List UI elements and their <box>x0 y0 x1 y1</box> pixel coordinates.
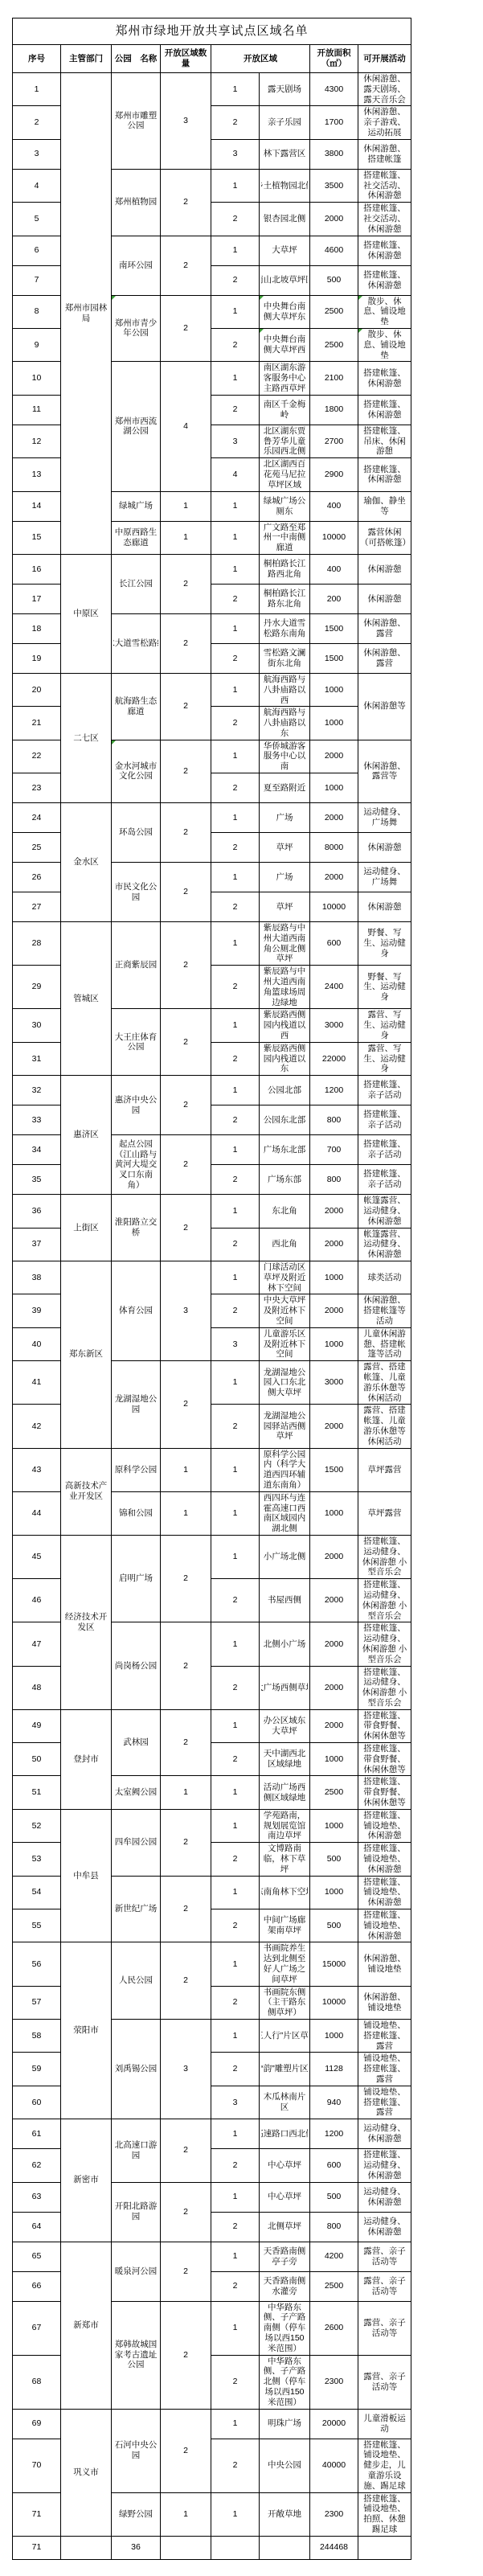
cell-area-no: 1 <box>211 169 260 202</box>
cell-serial: 34 <box>13 1135 61 1165</box>
cell-area-name: 乡土植物园北侧 <box>260 169 310 202</box>
header-department: 主管部门 <box>61 45 112 73</box>
cell-area-size: 500 <box>310 265 358 295</box>
table-row: 61新密市北高速口游园21高速路口西北侧1200运动健身、休闲游憩 <box>13 2119 411 2149</box>
cell-activities: 搭建帐篷、休闲游憩 <box>358 362 411 395</box>
cell-area-count: 2 <box>161 673 211 740</box>
cell-activities: 帐篷露营、运动健身、休闲游憩 <box>358 1228 411 1261</box>
cell-park-name: 石河中央公园 <box>112 2409 161 2492</box>
cell-area-count: 2 <box>161 1361 211 1448</box>
cell-area-name: 紫辰路与中州大道西南角篮球场周边绿地 <box>260 966 310 1009</box>
cell-area-count: 2 <box>161 863 211 922</box>
title-row: 郑州市绿地开放共享试点区域名单 <box>13 18 411 45</box>
cell-area-size: 2000 <box>310 1666 358 1709</box>
cell-activities: 搭建帐篷、休闲游憩 <box>358 265 411 295</box>
cell-area-no: 1 <box>211 613 260 643</box>
cell-park-name: 正商紫辰园 <box>112 922 161 1009</box>
cell-area-size: 800 <box>310 2212 358 2242</box>
cell-park-name: 南环公园 <box>112 236 161 295</box>
cell-park-name: 航海路生态廊道 <box>112 673 161 740</box>
cell-area-size: 2900 <box>310 458 358 491</box>
cell-area-no: 3 <box>211 2086 260 2119</box>
cell-park-name: 郑州市青少年公园 <box>112 295 161 362</box>
cell-area-size: 1000 <box>310 1491 358 1535</box>
cell-area-size: 2500 <box>310 295 358 328</box>
cell-area-no: 2 <box>211 643 260 673</box>
table-row: 28管城区正商紫辰园21紫辰路与中州大道西南角公厕北侧草坪600野餐、写生、运动… <box>13 922 411 966</box>
cell-area-no: 1 <box>211 521 260 554</box>
cell-serial: 32 <box>13 1076 61 1105</box>
cell-area-name: 草坪 <box>260 833 310 863</box>
cell-serial: 56 <box>13 1942 61 1986</box>
cell-area-count: 1 <box>161 521 211 554</box>
cell-area-name: 中央公园 <box>260 2439 310 2492</box>
cell-area-name: 亲子乐园 <box>260 106 310 139</box>
cell-area-count: 1 <box>161 491 211 521</box>
cell-park-name: 郑州市雕塑公园 <box>112 73 161 170</box>
cell-area-no: 2 <box>211 1165 260 1195</box>
cell-park-name: 中原西路生态廊道 <box>112 521 161 554</box>
cell-area-name: 高速路口西北侧 <box>260 2119 310 2149</box>
cell-area-size: 1000 <box>310 707 358 740</box>
cell-area-size: 3500 <box>310 169 358 202</box>
cell-area-name: 桐柏路长江路西北角 <box>260 554 310 584</box>
cell-area-count: 2 <box>161 2242 211 2301</box>
cell-serial: 52 <box>13 1809 61 1842</box>
cell-serial: 46 <box>13 1579 61 1622</box>
cell-park-name: 绿野公园 <box>112 2492 161 2536</box>
cell-area-size: 1000 <box>310 773 358 803</box>
page-title: 郑州市绿地开放共享试点区域名单 <box>13 18 411 45</box>
cell-area-size: 2000 <box>310 1195 358 1228</box>
header-area-count: 开放区域数量 <box>161 45 211 73</box>
cell-park-name: 环岛公园 <box>112 803 161 863</box>
cell-serial: 59 <box>13 2053 61 2086</box>
cell-area-size: 1200 <box>310 2119 358 2149</box>
cell-serial: 30 <box>13 1009 61 1042</box>
cell-serial: 61 <box>13 2119 61 2149</box>
cell-area-name: 大广场西侧草坪 <box>260 1666 310 1709</box>
cell-area-size: 1000 <box>310 1876 358 1909</box>
cell-activities: 搭建帐篷、休闲游憩 <box>358 458 411 491</box>
cell-area-size: 1000 <box>310 1327 358 1360</box>
cell-activities: 休闲游憩、亲子游戏、运动拓展 <box>358 106 411 139</box>
cell-activities: 露营、亲子活动等 <box>358 2271 411 2301</box>
total-activities <box>358 2536 411 2559</box>
cell-activities: 露营、写生、运动健身 <box>358 1042 411 1075</box>
cell-area-name: 南山北坡草坪区 <box>260 265 310 295</box>
cell-area-size: 2500 <box>310 2271 358 2301</box>
cell-area-size: 500 <box>310 1909 358 1942</box>
cell-area-no: 2 <box>211 1042 260 1075</box>
cell-area-size: 200 <box>310 584 358 613</box>
cell-area-count: 2 <box>161 922 211 1009</box>
cell-serial: 33 <box>13 1105 61 1135</box>
cell-activities: 搭建帐篷、铺设地垫、休闲游憩 <box>358 1909 411 1942</box>
cell-area-name: 门球活动区草坪及附近林下空间 <box>260 1261 310 1294</box>
cell-area-no: 1 <box>211 803 260 833</box>
cell-serial: 13 <box>13 458 61 491</box>
cell-activities: 搭建帐篷、运动健身、休闲游憩 <box>358 2149 411 2182</box>
cell-activities: 休闲游憩、搭建帐篷等活动 <box>358 1294 411 1327</box>
cell-area-name: 中心草坪 <box>260 2182 310 2212</box>
cell-area-no: 2 <box>211 265 260 295</box>
cell-area-no: 2 <box>211 2053 260 2086</box>
cell-serial: 60 <box>13 2086 61 2119</box>
cell-area-name: 东北角 <box>260 1195 310 1228</box>
cell-area-size: 4600 <box>310 236 358 265</box>
cell-park-name: 惠济中央公园 <box>112 1076 161 1135</box>
cell-department: 郑东新区 <box>61 1261 112 1449</box>
cell-area-name: 桐柏路长江路东北角 <box>260 584 310 613</box>
total-open-size: 244468 <box>310 2536 358 2559</box>
cell-activities: 铺设地垫、搭建帐篷、露营 <box>358 2020 411 2053</box>
cell-area-size: 2000 <box>310 740 358 773</box>
cell-serial: 45 <box>13 1535 61 1578</box>
cell-area-count: 2 <box>161 1076 211 1135</box>
cell-area-name: 广场 <box>260 863 310 892</box>
cell-area-count: 2 <box>161 2119 211 2182</box>
cell-area-size: 20000 <box>310 2409 358 2439</box>
cell-area-name: 西四环与连霍高速口西南区域园内湖北侧 <box>260 1491 310 1535</box>
cell-area-no: 2 <box>211 584 260 613</box>
cell-area-name: 木瓜林南片区 <box>260 2086 310 2119</box>
cell-area-count: 2 <box>161 613 211 673</box>
cell-serial: 10 <box>13 362 61 395</box>
cell-area-count: 2 <box>161 1135 211 1195</box>
cell-serial: 51 <box>13 1776 61 1809</box>
cell-area-name: 龙湖湿地公园入口东北侧大草坪 <box>260 1361 310 1405</box>
cell-area-count: 2 <box>161 1942 211 2020</box>
cell-activities: 儿童休闲游憩、搭建帐篷等活动 <box>358 1327 411 1360</box>
cell-area-no: 4 <box>211 458 260 491</box>
cell-serial: 16 <box>13 554 61 584</box>
cell-activities: 运动健身、广场舞 <box>358 803 411 833</box>
cell-area-name: 办公区域东大草坪 <box>260 1709 310 1742</box>
cell-serial: 3 <box>13 139 61 169</box>
cell-activities: 休闲游憩 <box>358 892 411 922</box>
cell-area-no: 1 <box>211 1361 260 1405</box>
cell-area-name: 中央舞台南侧大草坪西 <box>260 328 310 361</box>
cell-park-name: 绿城广场 <box>112 491 161 521</box>
cell-park-name: 原科学公园 <box>112 1448 161 1491</box>
cell-area-no: 1 <box>211 1009 260 1042</box>
total-area-name <box>260 2536 310 2559</box>
cell-area-no: 1 <box>211 2492 260 2536</box>
cell-area-no: 3 <box>211 1327 260 1360</box>
cell-area-size: 2600 <box>310 2301 358 2355</box>
header-serial: 序号 <box>13 45 61 73</box>
cell-park-name: 北高速口游园 <box>112 2119 161 2182</box>
cell-area-no: 1 <box>211 554 260 584</box>
cell-area-count: 1 <box>161 1776 211 1809</box>
cell-area-size: 2300 <box>310 2355 358 2409</box>
cell-serial: 40 <box>13 1327 61 1360</box>
cell-activities: 搭建帐篷、铺设地垫、拍照、休憩 踢足球 <box>358 2492 411 2536</box>
cell-serial: 71 <box>13 2492 61 2536</box>
cell-area-size: 22000 <box>310 1042 358 1075</box>
cell-area-no: 2 <box>211 966 260 1009</box>
cell-area-no: 2 <box>211 2149 260 2182</box>
cell-activities: 休闲游憩、铺设地垫 <box>358 1986 411 2019</box>
cell-area-size: 2000 <box>310 1228 358 1261</box>
cell-area-name: 书屋西侧 <box>260 1579 310 1622</box>
cell-serial: 44 <box>13 1491 61 1535</box>
cell-area-size: 1000 <box>310 1743 358 1776</box>
cell-area-name: 北区湖东贾鲁芳华儿童乐园西北侧 <box>260 425 310 457</box>
cell-activities: 露营、写生、运动健身 <box>358 1009 411 1042</box>
cell-area-size: 2000 <box>310 1294 358 1327</box>
cell-area-name: 中央舞台南侧大草坪东 <box>260 295 310 328</box>
cell-park-name: 体育公园 <box>112 1261 161 1361</box>
cell-area-count: 2 <box>161 1876 211 1942</box>
cell-activities: 散步、休息、铺设地垫 <box>358 295 411 328</box>
header-open-area: 开放区域 <box>211 45 310 73</box>
cell-park-name: 尚岗杨公园 <box>112 1622 161 1709</box>
page: 郑州市绿地开放共享试点区域名单 序号 主管部门 公园 名称 开放区域数量 开放区… <box>0 0 483 2576</box>
cell-area-size: 10000 <box>310 892 358 922</box>
cell-serial: 37 <box>13 1228 61 1261</box>
cell-area-no: 2 <box>211 1228 260 1261</box>
cell-area-size: 2000 <box>310 1709 358 1742</box>
cell-serial: 64 <box>13 2212 61 2242</box>
cell-area-count: 2 <box>161 803 211 863</box>
cell-area-size: 1800 <box>310 395 358 425</box>
cell-area-no: 1 <box>211 236 260 265</box>
cell-park-name: 龙湖湿地公园 <box>112 1361 161 1448</box>
cell-activities: 搭建帐篷、运动健身、休闲游憩 小型音乐会 <box>358 1535 411 1578</box>
cell-area-name: 雪松路文澜街东北角 <box>260 643 310 673</box>
cell-department: 惠济区 <box>61 1076 112 1195</box>
cell-department: 荥阳市 <box>61 1942 112 2119</box>
cell-area-name: 紫辰路与中州大道西南角公厕北侧草坪 <box>260 922 310 966</box>
cell-area-size: 1000 <box>310 2020 358 2053</box>
cell-park-name: 淮阳路立交桥 <box>112 1195 161 1261</box>
cell-area-size: 500 <box>310 1843 358 1876</box>
table-row: 24金水区环岛公园21广场2000运动健身、广场舞 <box>13 803 411 833</box>
cell-serial: 28 <box>13 922 61 966</box>
cell-park-name: 武林园 <box>112 1709 161 1776</box>
cell-area-name: 丹水大道雪松路东南角 <box>260 613 310 643</box>
cell-area-name: 南区湖东游客服务中心主路西草坪 <box>260 362 310 395</box>
cell-area-no: 1 <box>211 1942 260 1986</box>
table-row: 38郑东新区体育公园31门球活动区草坪及附近林下空间1000球类活动 <box>13 1261 411 1294</box>
cell-activities: 搭建帐篷、社交活动、休闲游憩 <box>358 169 411 202</box>
header-open-size: 开放面积（㎡） <box>310 45 358 73</box>
cell-area-name: 东南角林下空地 <box>260 1876 310 1909</box>
cell-area-no: 2 <box>211 328 260 361</box>
cell-area-no: 2 <box>211 1666 260 1709</box>
cell-area-name: 广场东部 <box>260 1165 310 1195</box>
cell-activities: 搭建帐篷、亲子活动 <box>358 1105 411 1135</box>
cell-area-count: 2 <box>161 1709 211 1776</box>
cell-serial: 9 <box>13 328 61 361</box>
cell-serial: 8 <box>13 295 61 328</box>
cell-area-no: 1 <box>211 673 260 706</box>
cell-activities: 野餐、写生、运动健身 <box>358 966 411 1009</box>
cell-serial: 11 <box>13 395 61 425</box>
cell-activities: 草坪露营 <box>358 1491 411 1535</box>
cell-area-name: 广场 <box>260 803 310 833</box>
cell-area-size: 940 <box>310 2086 358 2119</box>
cell-area-name: 绿城广场公厕东 <box>260 491 310 521</box>
cell-serial: 47 <box>13 1622 61 1666</box>
cell-park-name: 暖泉河公园 <box>112 2242 161 2301</box>
cell-area-size: 8000 <box>310 833 358 863</box>
cell-area-name: 紫辰路西侧园内栈道以西 <box>260 1009 310 1042</box>
table-row: 49登封市武林园21办公区域东大草坪2000搭建帐篷、带食野餐、休闲休憩等 <box>13 1709 411 1742</box>
cell-activities: 搭建帐篷、运动健身、休闲游憩 小型音乐会 <box>358 1666 411 1709</box>
cell-area-count: 2 <box>161 1622 211 1709</box>
table-row: 36上街区淮阳路立交桥21东北角2000帐篷露营、运动健身、休闲游憩 <box>13 1195 411 1228</box>
cell-area-name: 西北角 <box>260 1228 310 1261</box>
total-row: 71 36 244468 <box>13 2536 411 2559</box>
cell-activities: 搭建帐篷、亲子活动 <box>358 1076 411 1105</box>
cell-area-name: 航海西路与八卦庙路以东 <box>260 707 310 740</box>
cell-area-no: 1 <box>211 2242 260 2271</box>
cell-area-no: 2 <box>211 2355 260 2409</box>
header-park-name: 公园 名称 <box>112 45 161 73</box>
cell-area-no: 2 <box>211 707 260 740</box>
cell-area-no: 2 <box>211 1405 260 1448</box>
cell-area-name: 明珠广场 <box>260 2409 310 2439</box>
cell-area-name: 北区湖西百花苑马尼拉草坪区域 <box>260 458 310 491</box>
cell-park-name: 大王庄体育公园 <box>112 1009 161 1076</box>
cell-park-name: 金水河城市文化公园 <box>112 740 161 802</box>
cell-department: 管城区 <box>61 922 112 1076</box>
cell-activities: 野餐、写生、运动健身 <box>358 922 411 966</box>
cell-area-no: 2 <box>211 892 260 922</box>
cell-area-name: 中心草坪 <box>260 2149 310 2182</box>
cell-park-name: 新世纪广场 <box>112 1876 161 1942</box>
cell-area-no: 1 <box>211 1809 260 1842</box>
cell-activities: 运动健身、休闲游憩 <box>358 2212 411 2242</box>
cell-activities: 休闲游憩 <box>358 554 411 584</box>
cell-serial: 69 <box>13 2409 61 2439</box>
cell-activities: 休闲游憩 <box>358 833 411 863</box>
cell-area-no: 2 <box>211 1843 260 1876</box>
cell-area-count: 2 <box>161 1809 211 1876</box>
cell-area-name: 原科学公园内（科学大道西四环辅道东南角） <box>260 1448 310 1491</box>
cell-serial: 57 <box>13 1986 61 2019</box>
cell-area-name: 广场东北部 <box>260 1135 310 1165</box>
cell-serial: 41 <box>13 1361 61 1405</box>
cell-area-size: 1500 <box>310 643 358 673</box>
cell-serial: 66 <box>13 2271 61 2301</box>
cell-area-size: 1500 <box>310 613 358 643</box>
cell-area-size: 2000 <box>310 863 358 892</box>
cell-area-count: 2 <box>161 169 211 236</box>
cell-area-name: 银杏园北侧 <box>260 203 310 236</box>
cell-activities: 休闲游憩、露天剧场、露天音乐会 <box>358 73 411 106</box>
cell-serial: 38 <box>13 1261 61 1294</box>
cell-area-count: 2 <box>161 1195 211 1261</box>
cell-area-no: 1 <box>211 1535 260 1578</box>
cell-department: 金水区 <box>61 803 112 922</box>
cell-area-no: 1 <box>211 1709 260 1742</box>
header-activities: 可开展活动 <box>358 45 411 73</box>
cell-area-no: 1 <box>211 1491 260 1535</box>
cell-serial: 4 <box>13 169 61 202</box>
cell-area-name: 天中湖西北区域绿地 <box>260 1743 310 1776</box>
header-row: 序号 主管部门 公园 名称 开放区域数量 开放区域 开放面积（㎡） 可开展活动 <box>13 45 411 73</box>
cell-area-count: 2 <box>161 236 211 295</box>
cell-area-size: 2400 <box>310 966 358 1009</box>
cell-area-size: 2500 <box>310 1776 358 1809</box>
cell-area-no: 2 <box>211 1909 260 1942</box>
cell-area-name: 夏至路附近 <box>260 773 310 803</box>
cell-area-size: 15000 <box>310 1942 358 1986</box>
cell-area-name: 华侨城游客服务中心以南 <box>260 740 310 773</box>
cell-department: 登封市 <box>61 1709 112 1809</box>
cell-area-name: 书画院养生达到北侧至好人广场之间草坪 <box>260 1942 310 1986</box>
cell-area-size: 700 <box>310 1135 358 1165</box>
cell-area-no: 1 <box>211 1076 260 1105</box>
cell-serial: 14 <box>13 491 61 521</box>
cell-serial: 55 <box>13 1909 61 1942</box>
cell-park-name: 市民文化公园 <box>112 863 161 922</box>
cell-serial: 25 <box>13 833 61 863</box>
cell-activities: 搭建帐篷、带食野餐、休闲休憩等 <box>358 1776 411 1809</box>
cell-serial: 65 <box>13 2242 61 2271</box>
cell-department: 新密市 <box>61 2119 112 2242</box>
cell-area-name: 天香路南侧水灌旁 <box>260 2271 310 2301</box>
cell-area-no: 1 <box>211 2409 260 2439</box>
cell-area-no: 3 <box>211 139 260 169</box>
cell-area-no: 1 <box>211 2119 260 2149</box>
cell-activities: 搭建帐篷、休闲游憩 <box>358 395 411 425</box>
table-row: 16中原区长江公园21桐柏路长江路西北角400休闲游憩 <box>13 554 411 584</box>
cell-serial: 23 <box>13 773 61 803</box>
cell-area-size: 1200 <box>310 1076 358 1105</box>
cell-area-size: 1000 <box>310 673 358 706</box>
cell-area-size: 3000 <box>310 1361 358 1405</box>
cell-area-name: 北侧草坪 <box>260 2212 310 2242</box>
total-area-count <box>161 2536 211 2559</box>
cell-serial: 20 <box>13 673 61 706</box>
cell-activities: 搭建帐篷、运动健身、休闲游憩 小型音乐会 <box>358 1622 411 1666</box>
cell-area-size: 800 <box>310 1165 358 1195</box>
cell-area-no: 1 <box>211 2182 260 2212</box>
cell-activities: 休闲游憩等 <box>358 673 411 740</box>
cell-area-no: 1 <box>211 2020 260 2053</box>
cell-park-name: 丹水大道雪松路绿地 <box>112 613 161 673</box>
cell-serial: 48 <box>13 1666 61 1709</box>
cell-serial: 2 <box>13 106 61 139</box>
cell-area-no: 2 <box>211 1294 260 1327</box>
cell-activities: 休闲游憩 <box>358 584 411 613</box>
cell-area-no: 1 <box>211 1876 260 1909</box>
cell-area-name: 南区千金梅岭 <box>260 395 310 425</box>
cell-serial: 58 <box>13 2020 61 2053</box>
cell-area-size: 1000 <box>310 1261 358 1294</box>
cell-activities: 休闲游憩、露营等 <box>358 740 411 802</box>
cell-area-no: 2 <box>211 106 260 139</box>
cell-activities: 草坪露营 <box>358 1448 411 1491</box>
cell-serial: 24 <box>13 803 61 833</box>
cell-area-no: 1 <box>211 863 260 892</box>
cell-area-no: 1 <box>211 1448 260 1491</box>
cell-area-size: 600 <box>310 922 358 966</box>
cell-serial: 67 <box>13 2301 61 2355</box>
cell-area-no: 1 <box>211 1776 260 1809</box>
cell-activities: 露营、搭建帐篷、儿童游乐休憩等休闲活动 <box>358 1405 411 1448</box>
cell-department: 新郑市 <box>61 2242 112 2409</box>
cell-serial: 27 <box>13 892 61 922</box>
cell-activities: 搭建帐篷、铺设地垫、休闲游憩 <box>358 1843 411 1876</box>
cell-area-count: 1 <box>161 1491 211 1535</box>
cell-serial: 50 <box>13 1743 61 1776</box>
